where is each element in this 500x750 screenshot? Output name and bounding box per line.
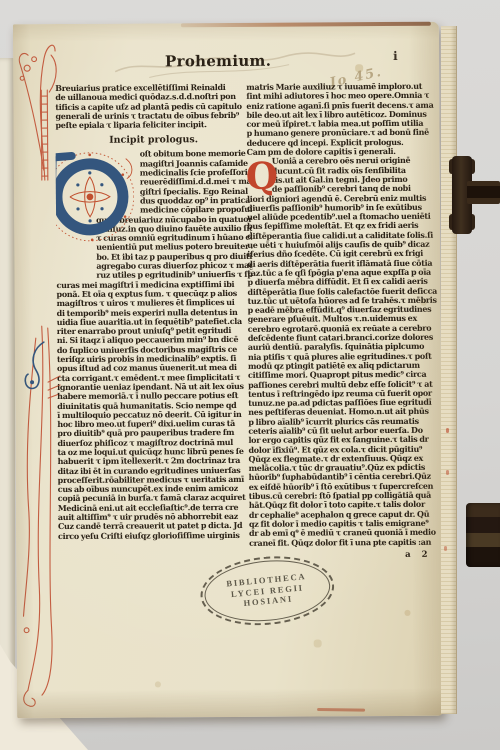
clasp-strap xyxy=(467,181,500,204)
rubricated-initial-Q: Q xyxy=(246,158,278,194)
prologue-heading: Incipit prologus. xyxy=(56,134,252,146)
fore-edge-red-specks xyxy=(446,428,449,433)
page-title: Prohemium. xyxy=(153,53,283,70)
signature-mark: a 2 xyxy=(405,550,445,560)
incunabulum-page: Prohemium. i Jo 45. xyxy=(13,22,443,719)
book-fore-edge xyxy=(441,26,457,714)
foxing-spots xyxy=(13,24,15,26)
chapter-lines-full-width: liori digniori agendū ē. Cerebrū eniz mu… xyxy=(247,193,445,547)
book-photograph: Prohemium. i Jo 45. xyxy=(0,0,500,750)
folio-number: i xyxy=(393,49,398,63)
book-clasp-bottom xyxy=(466,503,500,567)
clasp-bar xyxy=(466,503,500,567)
text-line: craneī fit. Qūqz dolor fit ī una pte cap… xyxy=(249,537,445,547)
prologue-paragraph: oſt obitum bone memoriemagiſtri Joannis … xyxy=(56,149,254,541)
illuminated-initial-P xyxy=(55,147,134,300)
incipit-paragraph: Breuiarius pratice excellētiſſimi Reinal… xyxy=(55,83,251,131)
right-text-column: matris Marie auxiliuz τ iuuamē imploro.u… xyxy=(246,82,445,561)
text-line: circo yeſu Criſti eiuſqz glorioſiſſime u… xyxy=(58,531,254,541)
library-stamp: BIBLIOTHECALYCEI REGIIHOSIANI xyxy=(197,551,337,631)
text-line: peſte epiala τ liparia feliciter incipit… xyxy=(55,120,251,130)
page-top-edge-stain xyxy=(181,22,431,28)
red-ink-streak xyxy=(317,708,365,712)
left-text-column: Breuiarius pratice excellētiſſimi Reinal… xyxy=(55,83,254,541)
book-clasp-top xyxy=(452,156,500,234)
prologue-lines-full-width: curas mei magiſtri ī medicina exptiſſimi… xyxy=(56,279,254,541)
prologue-end-paragraph: matris Marie auxiliuz τ iuuamē imploro.u… xyxy=(246,82,442,148)
chapter-paragraph: Q Uoniā a cerebro oēs nerui originēducun… xyxy=(247,156,445,548)
